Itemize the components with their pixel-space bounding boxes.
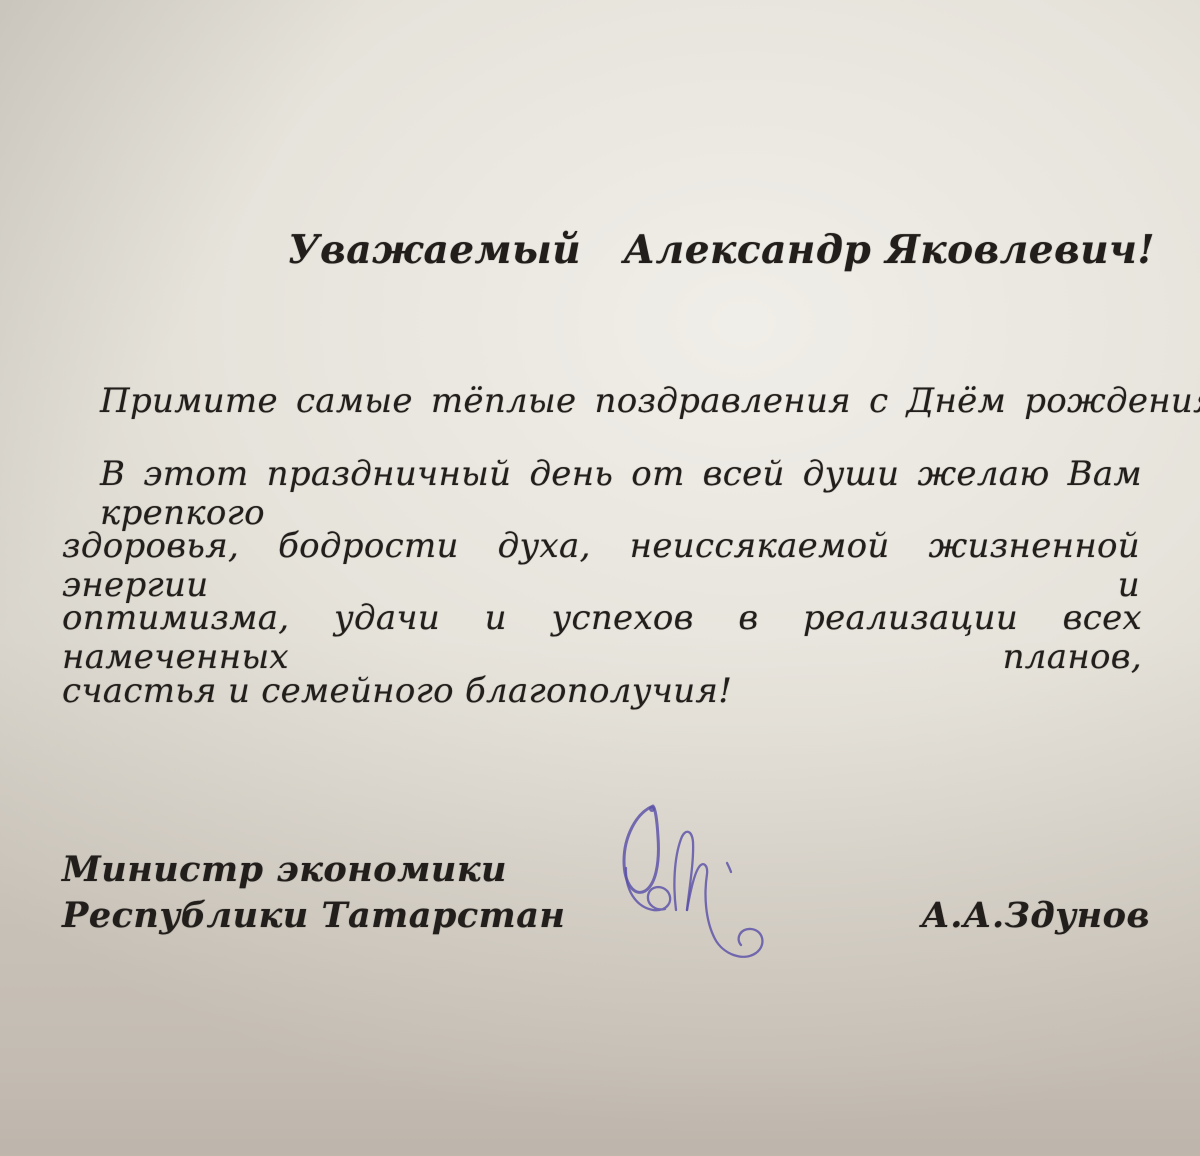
body-line: Примите самые тёплые поздравления с Днём… (100, 382, 1200, 421)
body-line: счастья и семейного благополучия! (62, 672, 732, 711)
body-line: оптимизма, удачи и успехов в реализации … (62, 599, 1142, 677)
signer-name: А.А.Здунов (921, 896, 1150, 936)
handwritten-signature-ink (560, 780, 820, 980)
signer-title-line-1: Министр экономики (62, 850, 507, 890)
salutation-heading: Уважаемый Александр Яковлевич! (288, 228, 1155, 273)
body-line: В этот праздничный день от всей души жел… (100, 455, 1142, 533)
signer-title-line-2: Республики Татарстан (62, 896, 565, 936)
greeting-card-photo: Уважаемый Александр Яковлевич! Примите с… (0, 0, 1200, 1156)
body-line: здоровья, бодрости духа, неиссякаемой жи… (62, 527, 1140, 605)
